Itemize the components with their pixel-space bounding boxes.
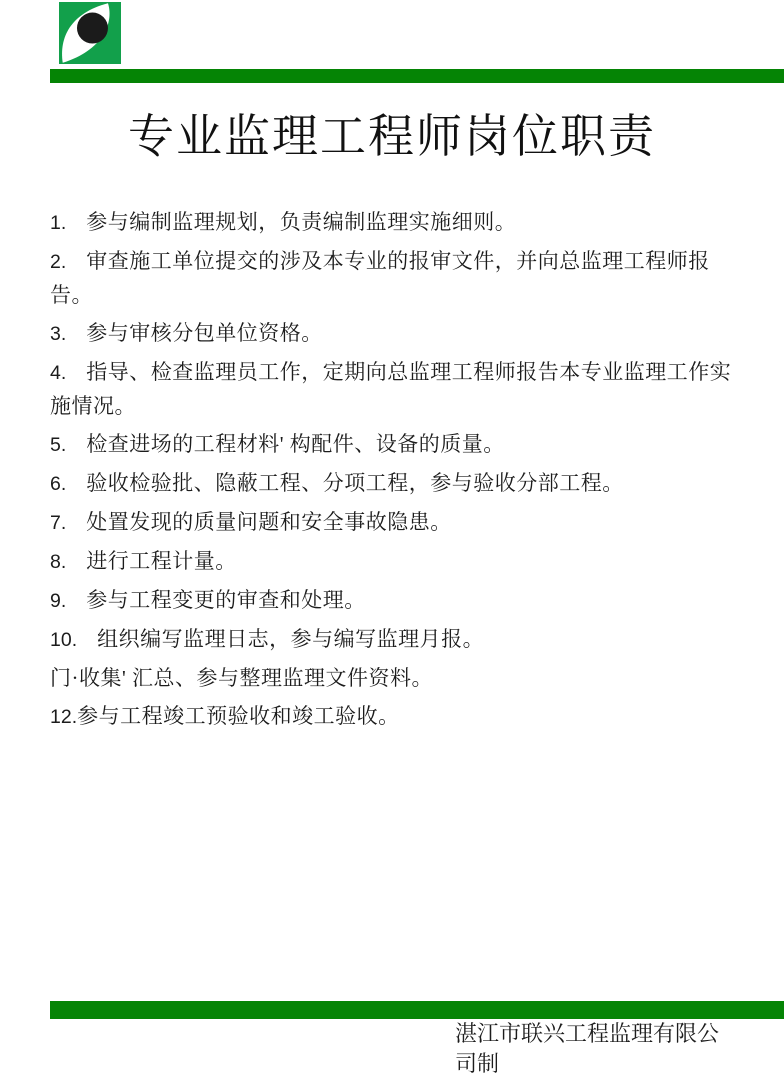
- top-divider-bar: [50, 69, 784, 83]
- item-text: 组织编写监理日志，参与编写监理月报。: [97, 627, 484, 651]
- item-number: 5.: [50, 434, 66, 456]
- item-number: 6.: [50, 473, 66, 495]
- item-text: 处置发现的质量问题和安全事故隐患。: [86, 510, 452, 534]
- item-number: 9.: [50, 590, 66, 612]
- bottom-divider-bar: [50, 1001, 784, 1019]
- item-number: 7.: [50, 512, 66, 534]
- item-number: 3.: [50, 323, 66, 345]
- list-item: 8.进行工程计量。: [50, 545, 732, 579]
- item-number: 12.: [50, 706, 77, 728]
- item-number: 2.: [50, 251, 66, 273]
- item-number: 1.: [50, 212, 66, 234]
- page-title: 专业监理工程师岗位职责: [0, 100, 784, 166]
- item-text: 验收检验批、隐蔽工程、分项工程，参与验收分部工程。: [86, 471, 624, 495]
- company-logo: [57, 2, 123, 64]
- list-item: 1.参与编制监理规划，负责编制监理实施细则。: [50, 206, 732, 240]
- item-text: 参与工程竣工预验收和竣工验收。: [77, 704, 400, 728]
- document-page: 专业监理工程师岗位职责 1.参与编制监理规划，负责编制监理实施细则。 2.审查施…: [0, 0, 784, 1080]
- item-text: 参与工程变更的审查和处理。: [86, 588, 366, 612]
- item-text: 门·收集' 汇总、参与整理监理文件资料。: [50, 666, 433, 690]
- footer-company-name: 湛江市联兴工程监理有限公司制: [455, 1019, 735, 1079]
- item-text: 审查施工单位提交的涉及本专业的报审文件，并向总监理工程师报告。: [50, 249, 710, 307]
- list-item: 4.指导、检查监理员工作，定期向总监理工程师报告本专业监理工作实施情况。: [50, 356, 732, 423]
- list-item: 10.组织编写监理日志，参与编写监理月报。: [50, 623, 732, 657]
- item-number: 10.: [50, 629, 77, 651]
- list-item: 9.参与工程变更的审查和处理。: [50, 584, 732, 618]
- list-item: 12.参与工程竣工预验收和竣工验收。: [50, 700, 732, 734]
- list-item: 门·收集' 汇总、参与整理监理文件资料。: [50, 662, 732, 695]
- item-text: 指导、检查监理员工作，定期向总监理工程师报告本专业监理工作实施情况。: [50, 360, 731, 418]
- item-number: 8.: [50, 551, 66, 573]
- item-text: 检查进场的工程材料' 构配件、设备的质量。: [86, 432, 505, 456]
- item-number: 4.: [50, 362, 66, 384]
- list-item: 3.参与审核分包单位资格。: [50, 317, 732, 351]
- item-text: 参与编制监理规划，负责编制监理实施细则。: [86, 210, 516, 234]
- list-item: 7.处置发现的质量问题和安全事故隐患。: [50, 506, 732, 540]
- list-item: 2.审查施工单位提交的涉及本专业的报审文件，并向总监理工程师报告。: [50, 245, 732, 312]
- item-text: 进行工程计量。: [86, 549, 237, 573]
- responsibilities-list: 1.参与编制监理规划，负责编制监理实施细则。 2.审查施工单位提交的涉及本专业的…: [50, 206, 732, 739]
- item-text: 参与审核分包单位资格。: [86, 321, 323, 345]
- list-item: 6.验收检验批、隐蔽工程、分项工程，参与验收分部工程。: [50, 467, 732, 501]
- eye-leaf-logo-icon: [57, 2, 123, 64]
- list-item: 5.检查进场的工程材料' 构配件、设备的质量。: [50, 428, 732, 462]
